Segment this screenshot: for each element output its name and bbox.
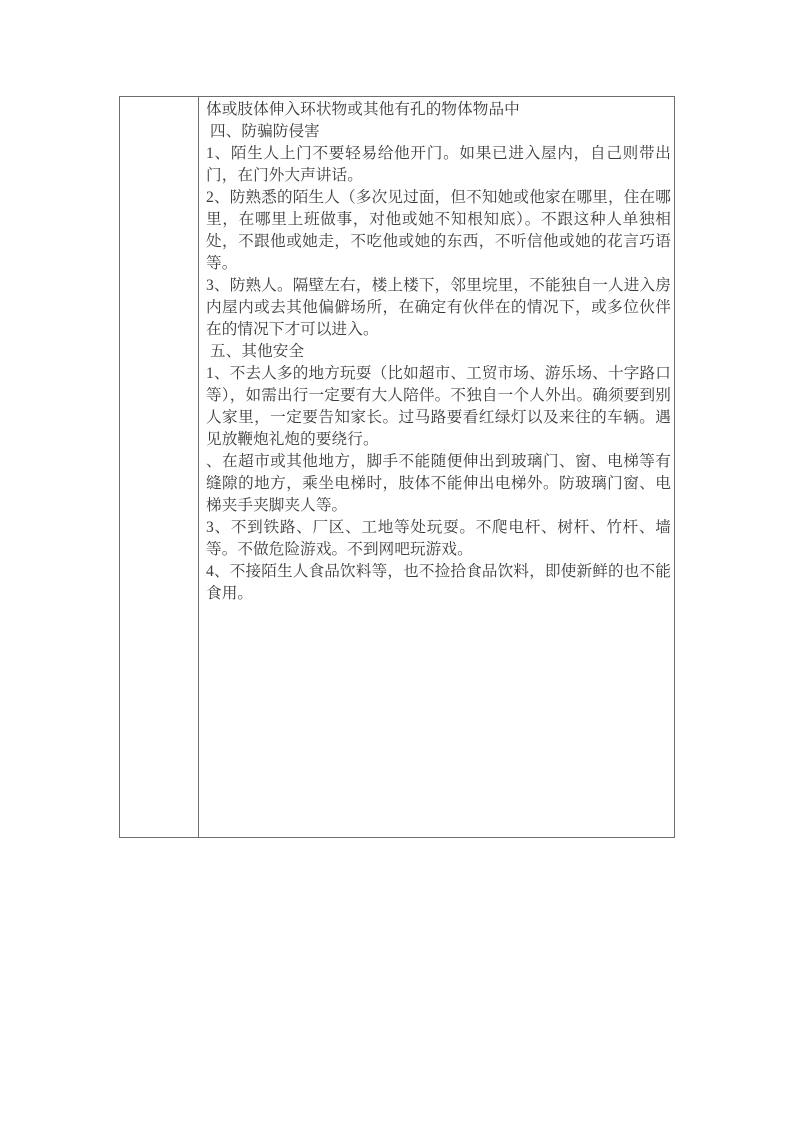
- document-page: 体或肢体伸入环状物或其他有孔的物体物品中 四、防骗防侵害 1、陌生人上门不要轻易…: [0, 0, 793, 1122]
- section-heading-fraud-prevention: 四、防骗防侵害: [206, 121, 671, 143]
- section-heading-other-safety: 五、其他安全: [206, 341, 671, 363]
- paragraph-item-3-dangerous-areas: 3、不到铁路、厂区、工地等处玩耍。不爬电杆、树杆、竹杆、墙等。不做危险游戏。不到…: [206, 517, 671, 561]
- safety-content-table: 体或肢体伸入环状物或其他有孔的物体物品中 四、防骗防侵害 1、陌生人上门不要轻易…: [119, 96, 675, 838]
- paragraph-item-1-crowded-places: 1、不去人多的地方玩耍（比如超市、工贸市场、游乐场、十字路口等），如需出行一定要…: [206, 363, 671, 451]
- table-cell-content: 体或肢体伸入环状物或其他有孔的物体物品中 四、防骗防侵害 1、陌生人上门不要轻易…: [199, 97, 675, 838]
- paragraph-item-1-strangers-at-door: 1、陌生人上门不要轻易给他开门。如果已进入屋内，自己则带出门，在门外大声讲话。: [206, 143, 671, 187]
- paragraph-item-2-familiar-strangers: 2、防熟悉的陌生人（多次见过面，但不知她或他家在哪里，住在哪里，在哪里上班做事，…: [206, 187, 671, 275]
- paragraph-continuation: 体或肢体伸入环状物或其他有孔的物体物品中: [206, 99, 671, 121]
- table-cell-empty-label: [120, 97, 199, 838]
- paragraph-item-2-elevators-glass-doors: 、在超市或其他地方，脚手不能随便伸出到玻璃门、窗、电梯等有缝隙的地方，乘坐电梯时…: [206, 451, 671, 517]
- paragraph-item-3-acquaintances: 3、防熟人。隔壁左右，楼上楼下，邻里垸里，不能独自一人进入房内屋内或去其他偏僻场…: [206, 275, 671, 341]
- paragraph-item-4-food-from-strangers: 4、不接陌生人食品饮料等，也不捡拾食品饮料，即使新鲜的也不能食用。: [206, 561, 671, 605]
- table-row: 体或肢体伸入环状物或其他有孔的物体物品中 四、防骗防侵害 1、陌生人上门不要轻易…: [120, 97, 675, 838]
